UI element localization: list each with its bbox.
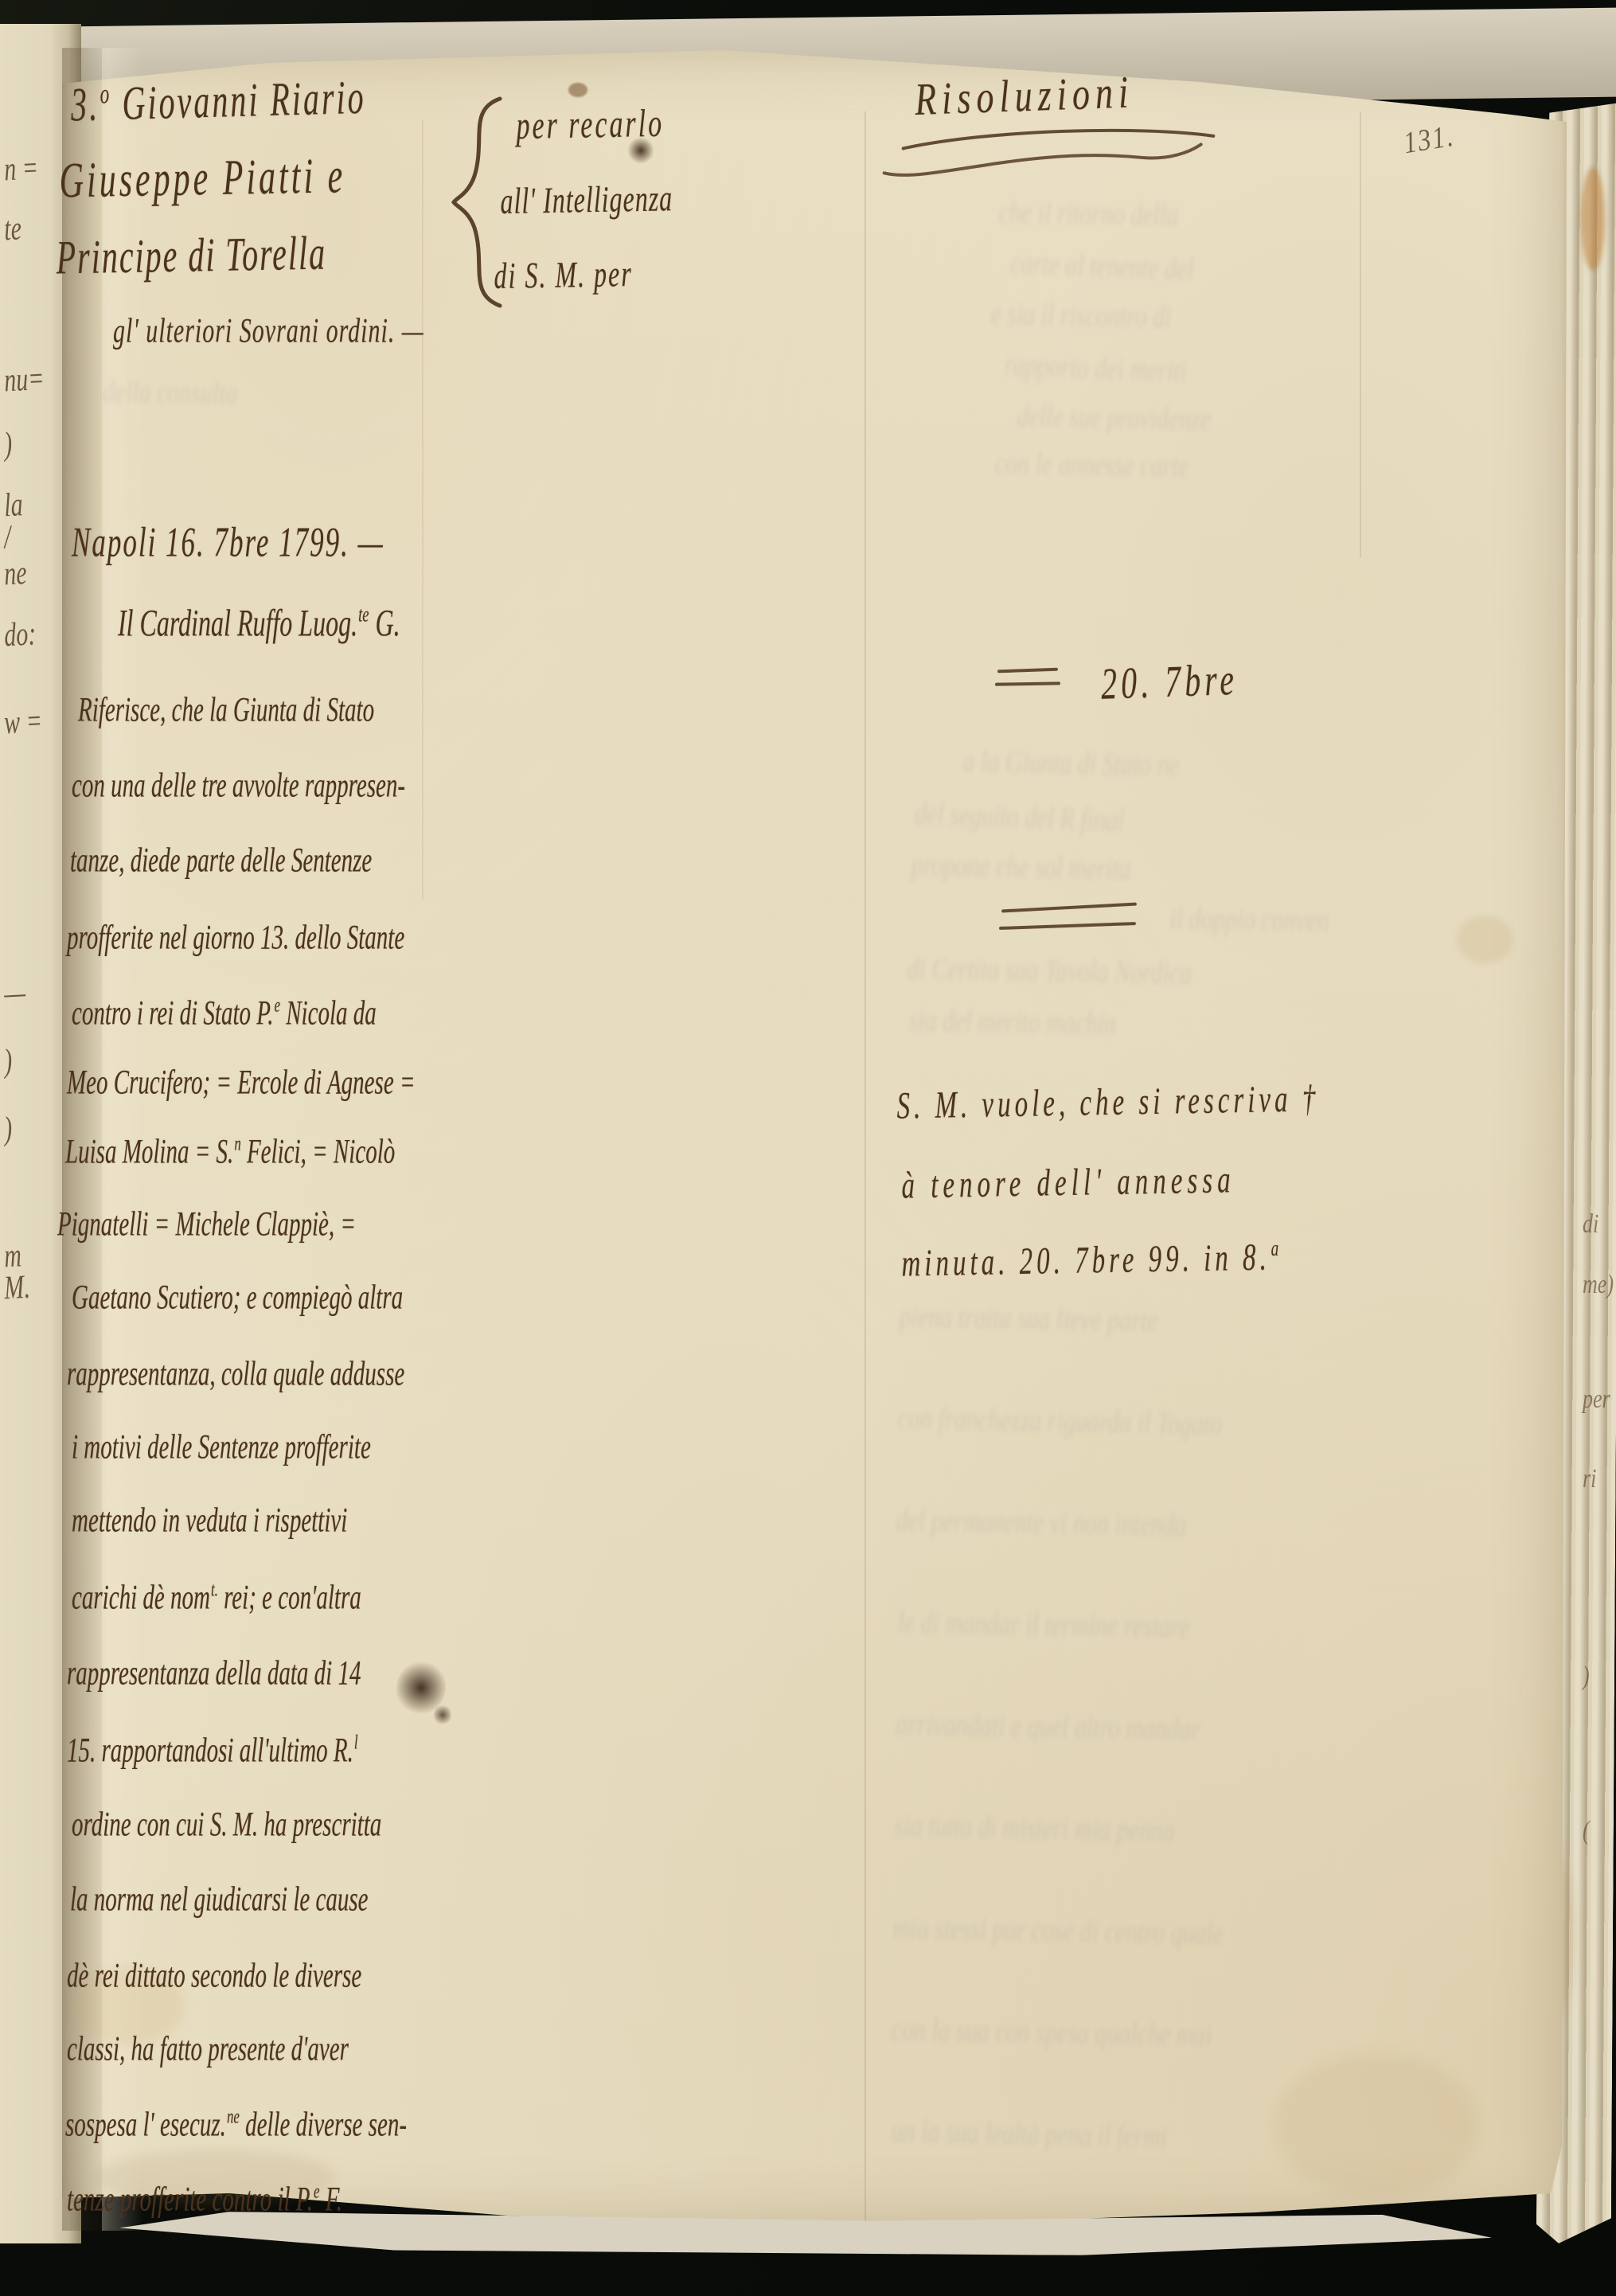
manuscript-photo: che il ritorno dellacarte al tenente del… xyxy=(0,0,1616,2296)
text-segment: ri xyxy=(1583,1463,1596,1494)
ink-blot xyxy=(627,137,654,164)
under-page-text-fragment: me) xyxy=(1583,1269,1614,1300)
under-page-text-fragment: ( xyxy=(1583,1815,1590,1846)
under-page-text-fragment: di xyxy=(1583,1209,1598,1240)
text-segment: ( xyxy=(1583,1815,1590,1845)
text-segment: di xyxy=(1583,1209,1598,1239)
under-page-text-fragment: ri xyxy=(1583,1463,1596,1494)
text-segment: me) xyxy=(1583,1269,1614,1299)
under-page-text-fragment: ) xyxy=(1583,1661,1590,1692)
ink-blot xyxy=(434,1704,451,1726)
text-segment: per xyxy=(1583,1384,1610,1414)
under-page-fragments: dime)perri)( xyxy=(0,0,1616,2296)
under-page-text-fragment: per xyxy=(1583,1384,1610,1415)
text-segment: ) xyxy=(1583,1661,1590,1691)
